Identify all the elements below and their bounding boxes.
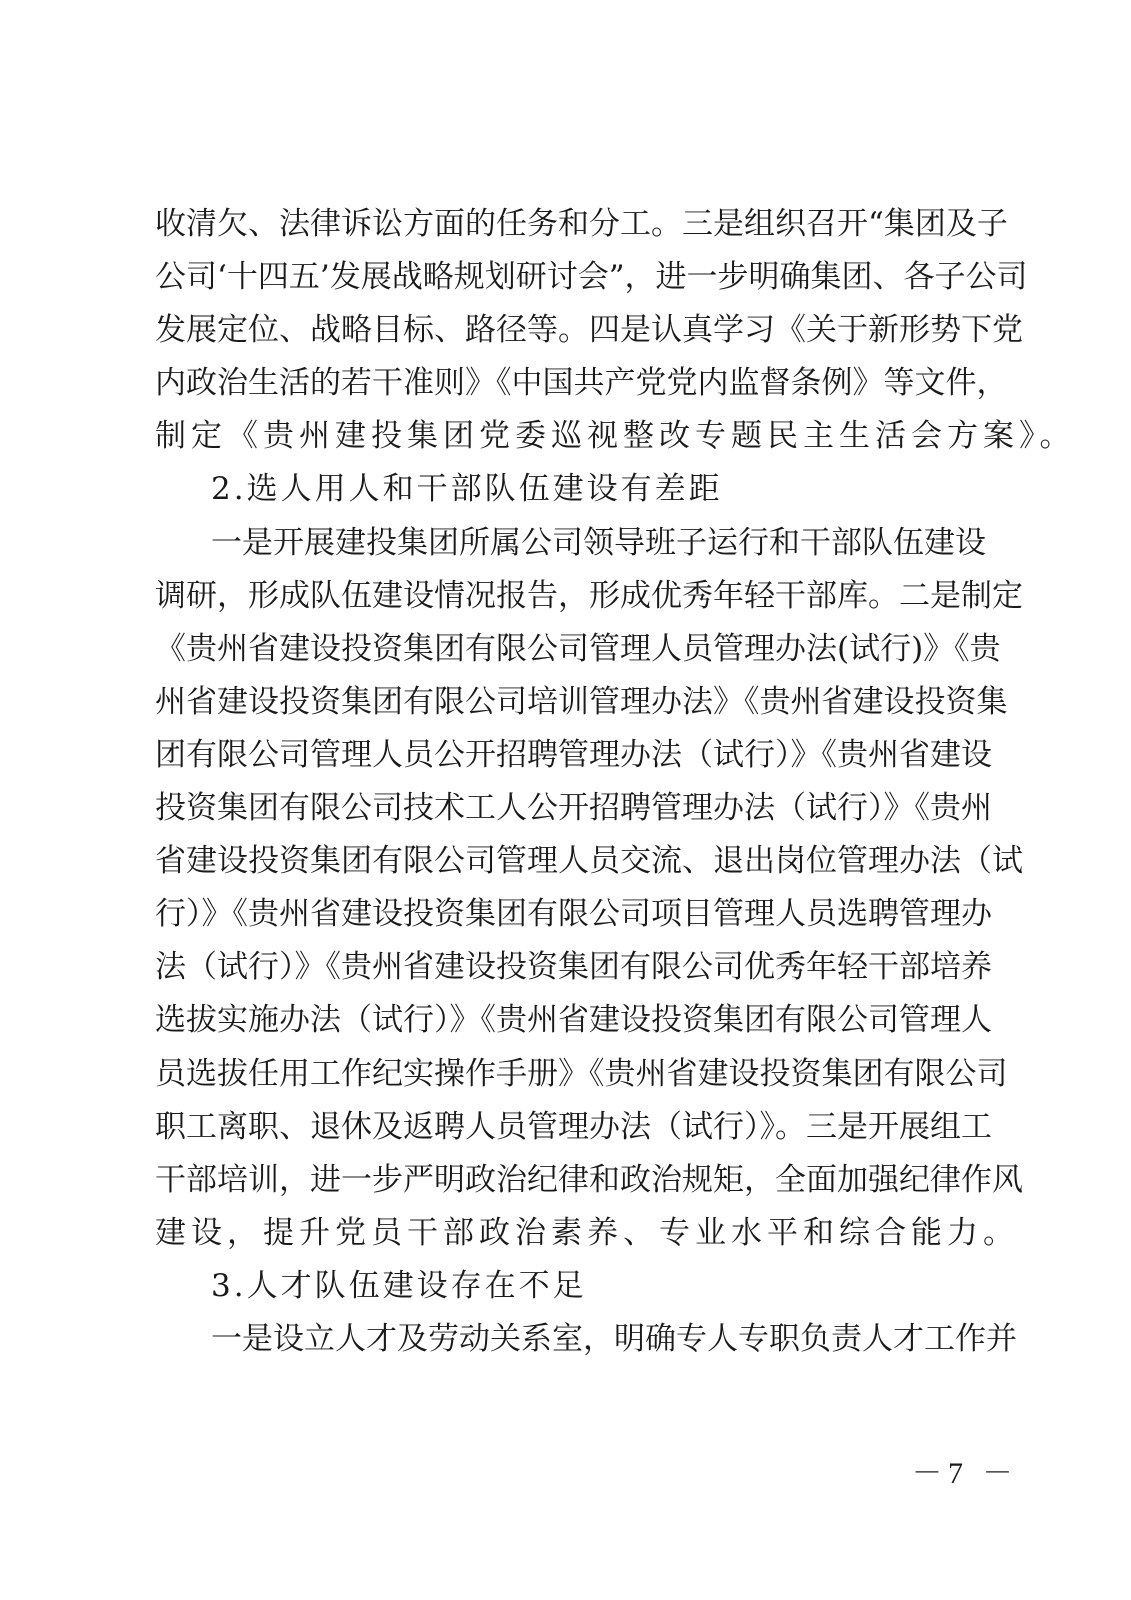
paragraph-end-line: 建设，提升党员干部政治素养、专业水平和综合能力。 bbox=[155, 1207, 971, 1260]
body-line: 法（试行）》《贵州省建设投资集团有限公司优秀年轻干部培养 bbox=[155, 941, 971, 994]
section-heading: 2.选人用人和干部队伍建设有差距 bbox=[155, 463, 971, 516]
body-line: 《贵州省建设投资集团有限公司管理人员管理办法(试行)》《贵 bbox=[155, 623, 971, 676]
section-heading: 3.人才队伍建设存在不足 bbox=[155, 1260, 971, 1313]
body-line: 内政治生活的若干准则》《中国共产党党内监督条例》等文件， bbox=[155, 357, 971, 410]
body-line: 收清欠、法律诉讼方面的任务和分工。三是组织召开“集团及子 bbox=[155, 198, 971, 251]
paragraph-start-line: 一是设立人才及劳动关系室，明确专人专职负责人才工作并 bbox=[155, 1313, 971, 1366]
page-number: －7 － bbox=[912, 1448, 1019, 1492]
body-line: 干部培训，进一步严明政治纪律和政治规矩，全面加强纪律作风 bbox=[155, 1154, 971, 1207]
body-line: 公司‘十四五’发展战略规划研讨会”，进一步明确集团、各子公司 bbox=[155, 251, 971, 304]
body-line: 行）》《贵州省建设投资集团有限公司项目管理人员选聘管理办 bbox=[155, 888, 971, 941]
body-line: 员选拔任用工作纪实操作手册》《贵州省建设投资集团有限公司 bbox=[155, 1048, 971, 1101]
body-line: 发展定位、战略目标、路径等。四是认真学习《关于新形势下党 bbox=[155, 304, 971, 357]
body-line: 省建设投资集团有限公司管理人员交流、退出岗位管理办法（试 bbox=[155, 835, 971, 888]
body-line: 团有限公司管理人员公开招聘管理办法（试行）》《贵州省建设 bbox=[155, 729, 971, 782]
body-line: 选拔实施办法（试行）》《贵州省建设投资集团有限公司管理人 bbox=[155, 994, 971, 1047]
document-body: 收清欠、法律诉讼方面的任务和分工。三是组织召开“集团及子 公司‘十四五’发展战略… bbox=[155, 198, 971, 1366]
body-line: 职工离职、退休及返聘人员管理办法（试行）》。三是开展组工 bbox=[155, 1101, 971, 1154]
body-line: 州省建设投资集团有限公司培训管理办法》《贵州省建设投资集 bbox=[155, 676, 971, 729]
paragraph-start-line: 一是开展建投集团所属公司领导班子运行和干部队伍建设 bbox=[155, 517, 971, 570]
body-line: 投资集团有限公司技术工人公开招聘管理办法（试行）》《贵州 bbox=[155, 782, 971, 835]
document-page: 收清欠、法律诉讼方面的任务和分工。三是组织召开“集团及子 公司‘十四五’发展战略… bbox=[0, 0, 1131, 1600]
body-line: 调研，形成队伍建设情况报告，形成优秀年轻干部库。二是制定 bbox=[155, 570, 971, 623]
paragraph-end-line: 制定《贵州建投集团党委巡视整改专题民主生活会方案》。 bbox=[155, 410, 971, 463]
